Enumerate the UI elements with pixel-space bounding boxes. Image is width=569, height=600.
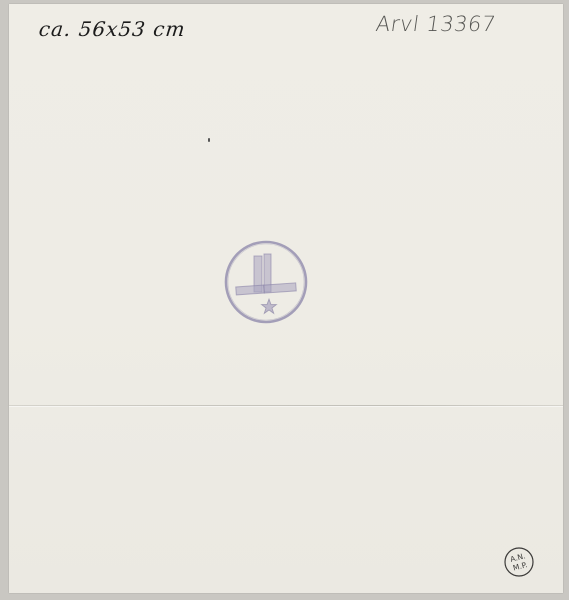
- collection-stamp-icon: [224, 240, 308, 324]
- institution-mark-icon: A.N. M.P.: [503, 546, 535, 578]
- ink-speck: [208, 138, 210, 142]
- dimensions-note: ca. 56x53 cm: [38, 17, 187, 41]
- fold-highlight: [9, 406, 563, 407]
- inventory-number: Arvl 13367: [374, 12, 497, 36]
